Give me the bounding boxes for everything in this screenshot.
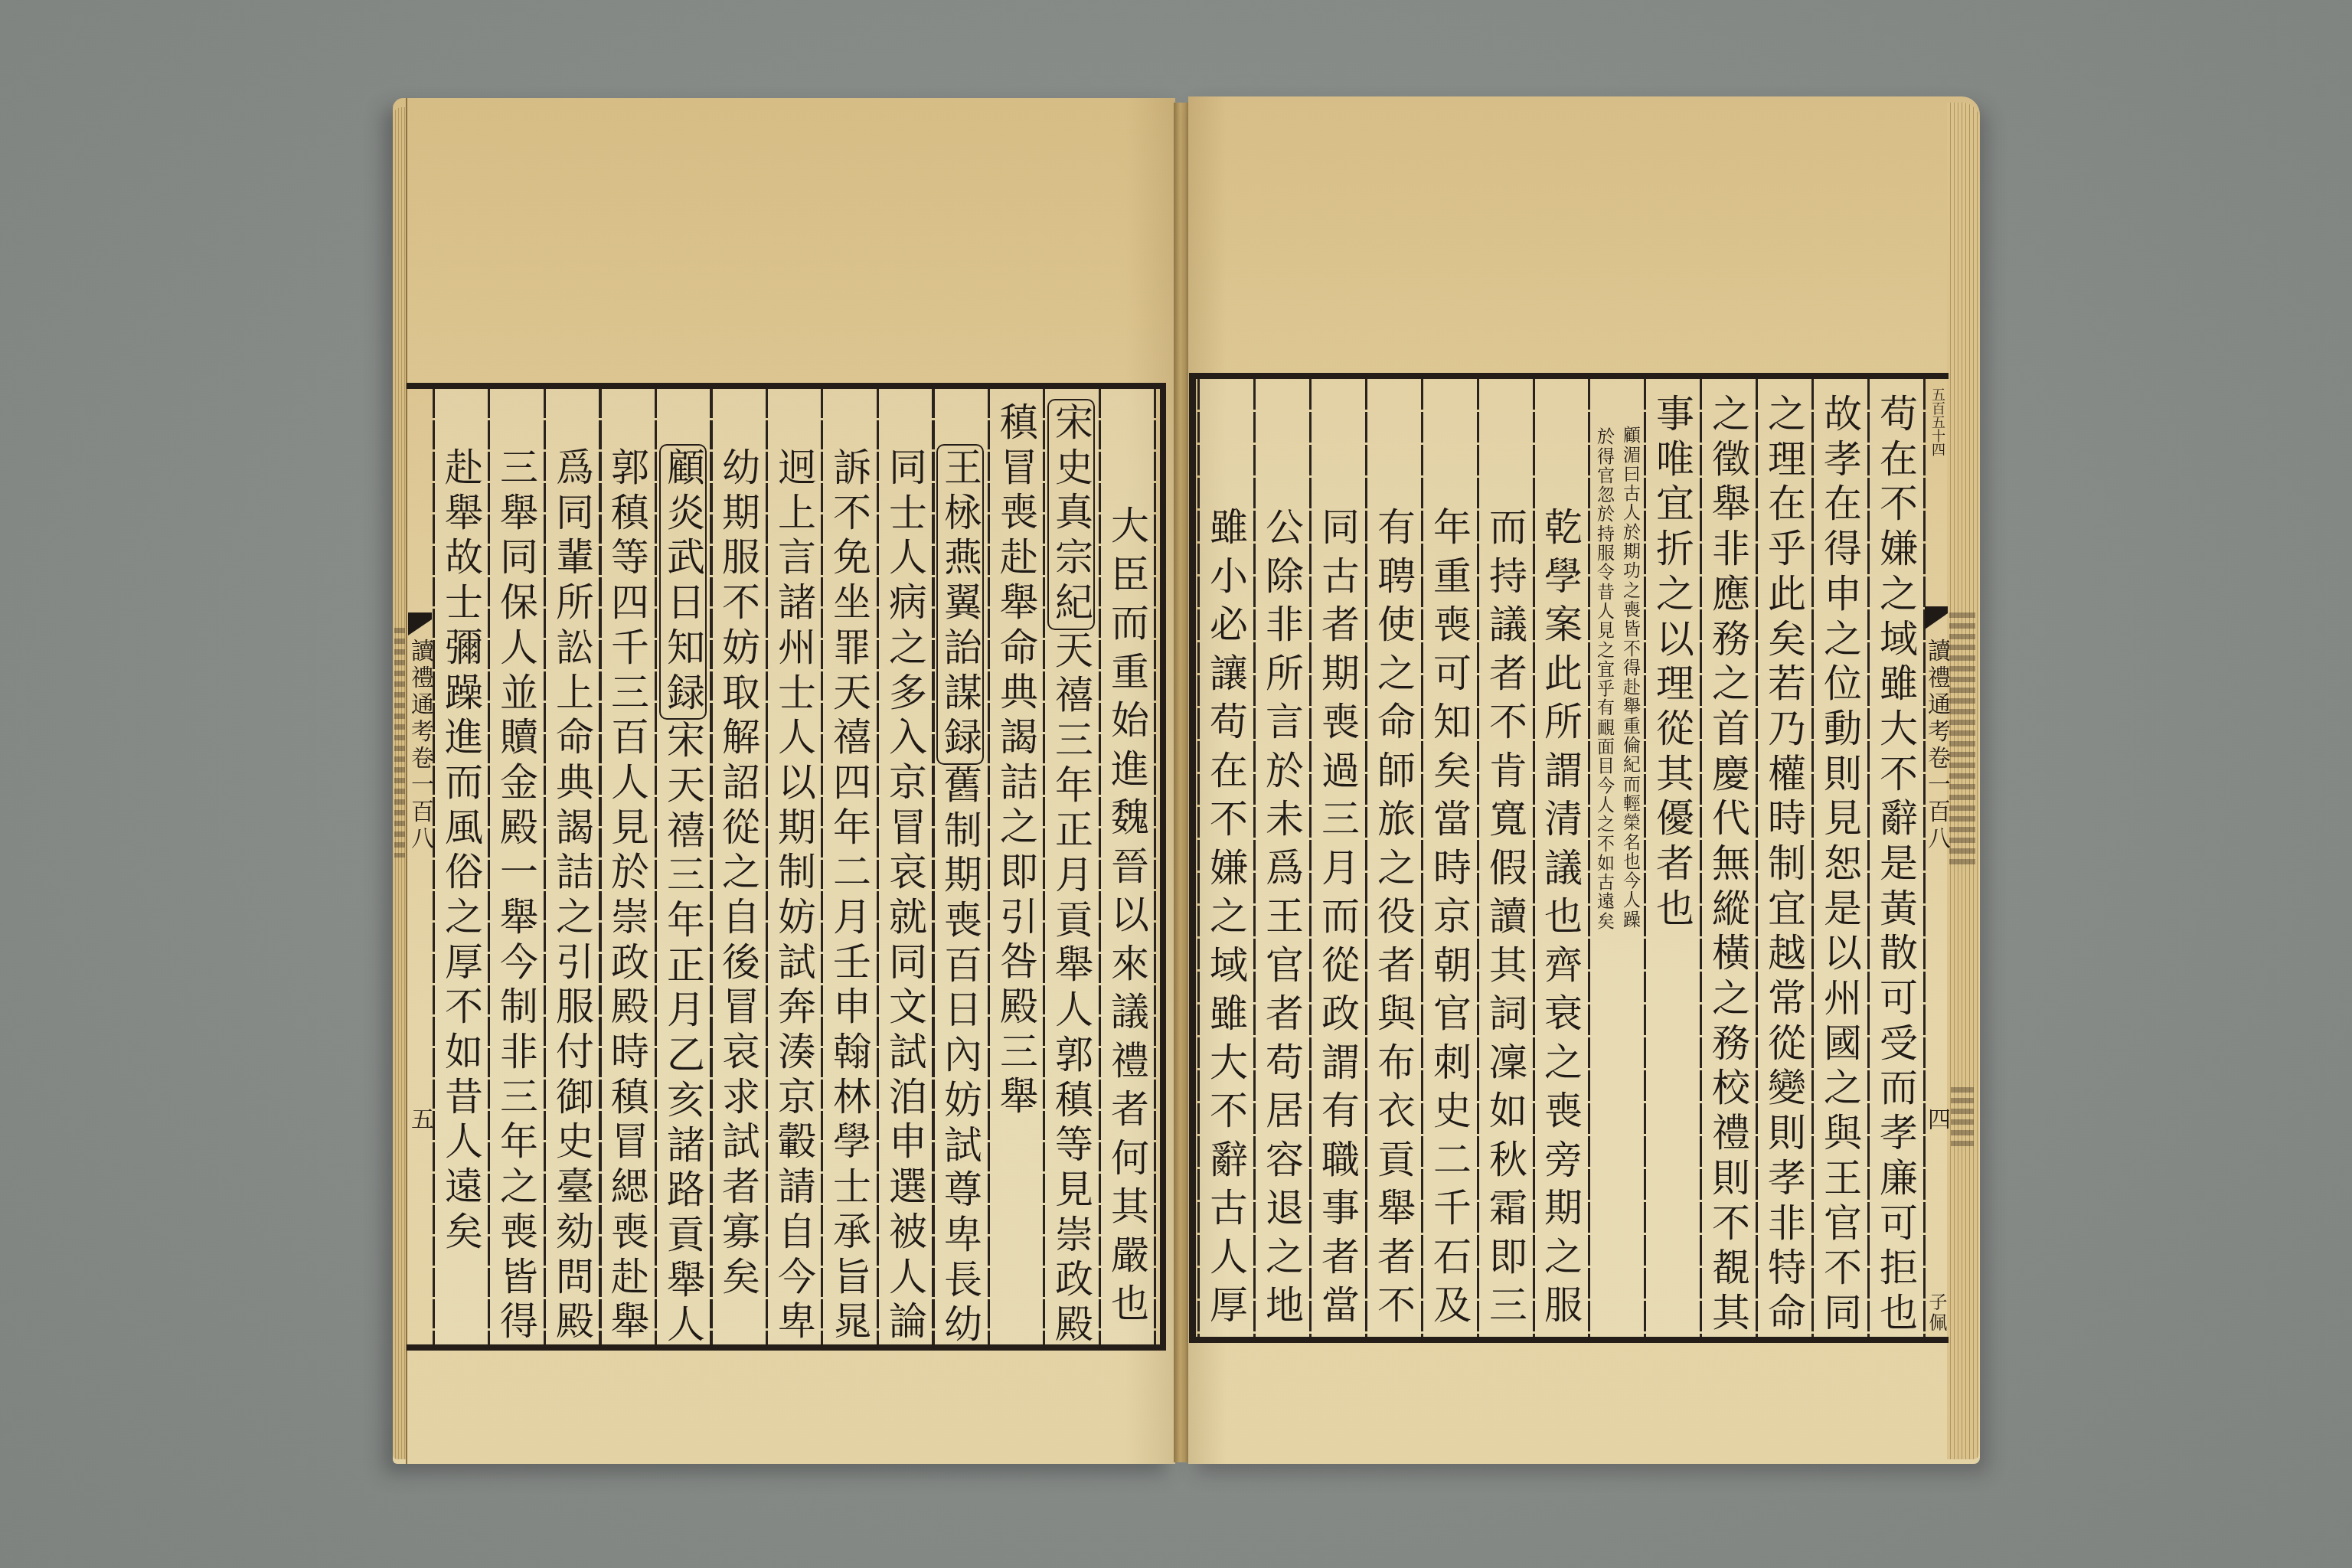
text-column: 公除非所言於未爲王官者苟居容退之地 (1255, 507, 1308, 1334)
text-column: 苟在不嫌之域雖大不辭是黃散可受而孝廉可拒也 (1869, 394, 1922, 1338)
frame-top-border (1189, 373, 1949, 379)
engraver-name: 子佩 (1923, 1292, 1949, 1334)
leaf-number: 四 (1923, 1107, 1949, 1134)
text-column: 事唯宜折之以理從其優者也 (1645, 394, 1699, 933)
text-column: 雖小必讓苟在不嫌之域雖大不辭古人厚 (1199, 507, 1253, 1334)
open-book-spread: 讀禮通考卷一百八 五 大臣而重始進魏晉以來議禮者何其嚴也 宋史真宗紀天禧三年正月… (0, 0, 2352, 1568)
text-column: 之理在乎此矣若乃權時制宜越常從變則孝非特命 (1757, 394, 1811, 1338)
text-column: 年重喪可知矣當時京朝官刺史二千石及 (1423, 507, 1476, 1334)
page-edge-ink-bleed (1951, 1087, 1974, 1148)
annotation-line-left: 於得官忽於持服令昔人見之宜乎有靦面目今人之不如古遠矣 (1590, 427, 1617, 931)
right-page: 五百五十四 讀禮通考卷一百八 四 子佩 苟在不嫌之域雖大不辭是黃散可受而孝廉可拒… (0, 0, 2352, 1568)
annotation-column: 顧湄曰古人於期功之喪皆不得赴舉重倫紀而輕榮名也今人躁 於得官忽於持服令昔人見之宜… (1589, 379, 1643, 1337)
fold-title: 讀禮通考卷一百八 (1923, 639, 1949, 853)
text-column: 故孝在得申之位動則見恕是以州國之與王官不同 (1813, 394, 1867, 1338)
frame-outer-border (1189, 373, 1196, 1343)
frame-bottom-border (1189, 1337, 1949, 1343)
page-edge-ink-bleed (1949, 612, 1975, 865)
fishtail-mark-icon (1925, 606, 1948, 629)
fold-margin: 五百五十四 讀禮通考卷一百八 四 子佩 (1923, 96, 1949, 1464)
annotation-line-right: 顧湄曰古人於期功之喪皆不得赴舉重倫紀而輕榮名也今人躁 (1616, 426, 1643, 929)
text-column: 之徵舉非應務之首慶代無縱橫之務校禮則不覩其 (1701, 394, 1755, 1338)
block-count: 五百五十四 (1926, 387, 1949, 456)
text-column: 有聘使之命師旅之役者與布衣貢舉者不 (1367, 507, 1420, 1334)
text-column: 而持議者不肯寬假讀其詞凜如秋霜即三 (1478, 507, 1532, 1334)
text-column: 同古者期喪過三月而從政謂有職事者當 (1311, 507, 1364, 1334)
text-column: 乾學案此所謂清議也齊衰之喪旁期之服 (1534, 507, 1587, 1334)
